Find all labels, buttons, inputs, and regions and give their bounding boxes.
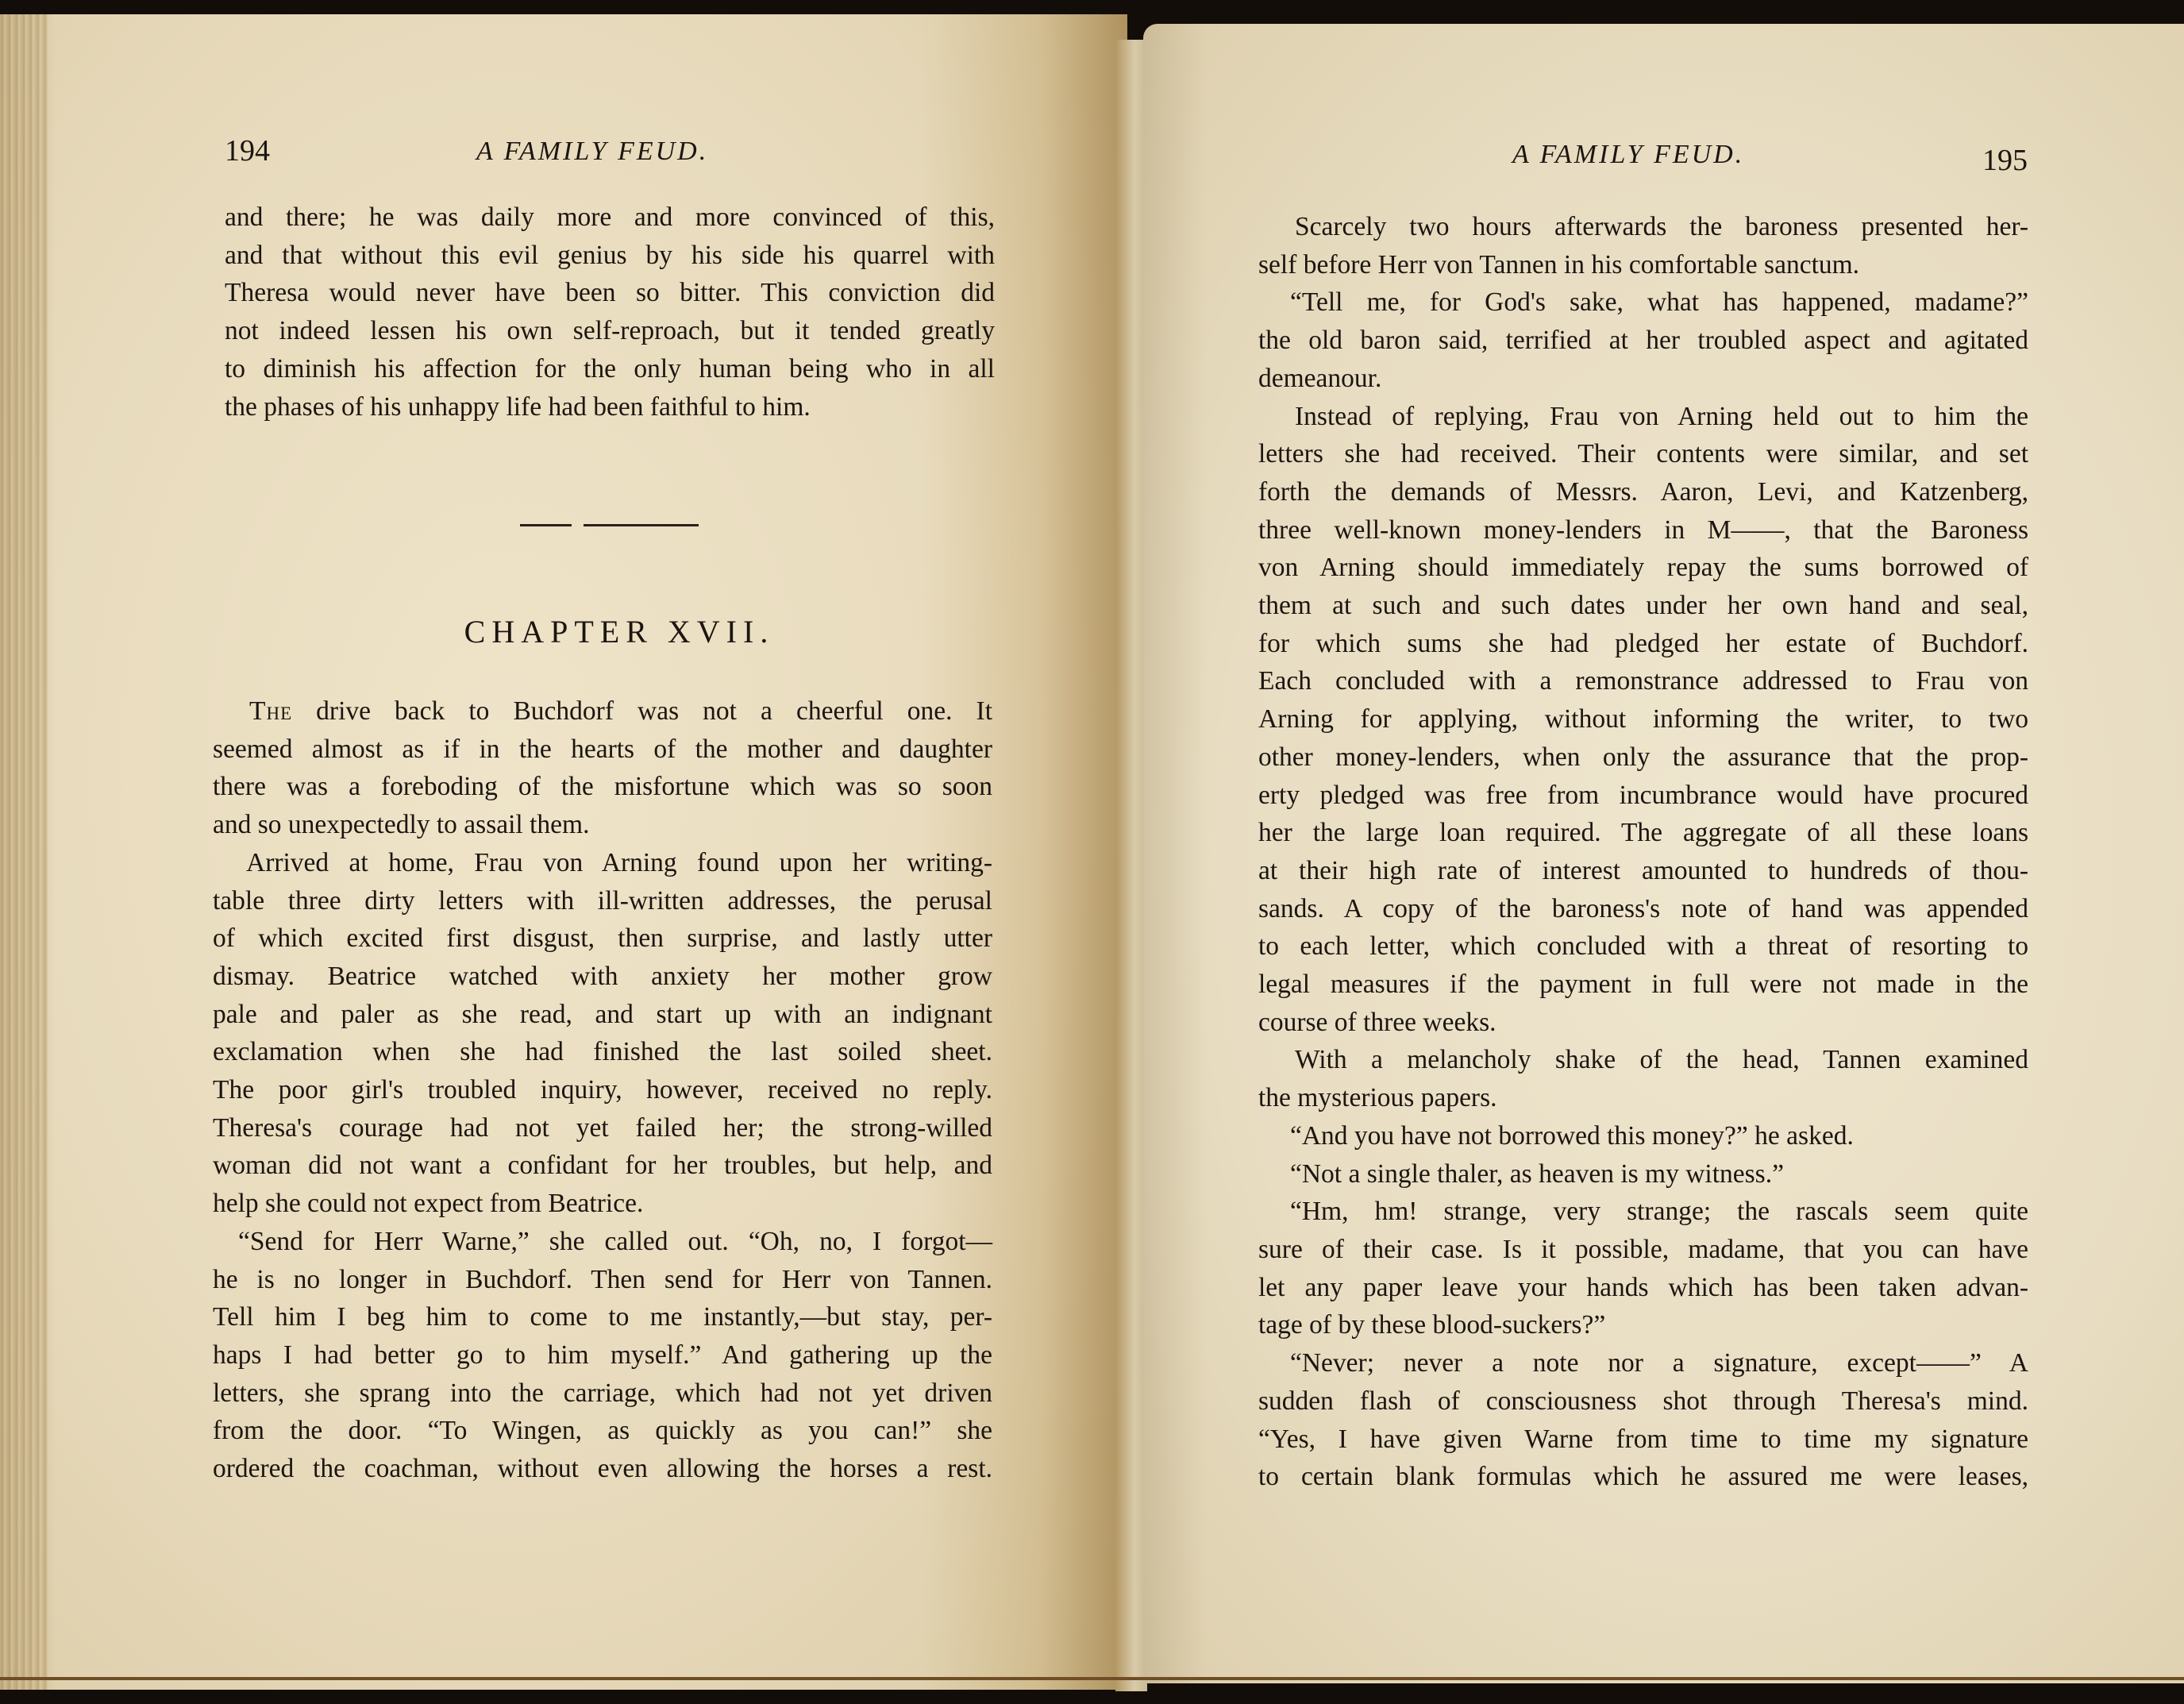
text-line: sure of their case. Is it possible, mada… <box>1258 1231 2028 1269</box>
text-line: and so unexpectedly to assail them. <box>213 806 992 844</box>
paragraph: “Hm, hm! strange, very strange; the rasc… <box>1258 1193 2028 1344</box>
paragraph: Arrived at home, Frau von Arning found u… <box>213 844 992 1223</box>
text-line: “Hm, hm! strange, very strange; the rasc… <box>1258 1193 2028 1231</box>
text-line: her the large loan required. The aggrega… <box>1258 814 2028 852</box>
text-line: The poor girl's troubled inquiry, howeve… <box>213 1071 992 1109</box>
chapter-opening-word: The <box>249 696 292 726</box>
text-line: “Tell me, for God's sake, what has happe… <box>1258 283 2028 322</box>
text-line: not indeed lessen his own self-reproach,… <box>225 312 995 350</box>
text-line: “Never; never a note nor a signature, ex… <box>1258 1344 2028 1382</box>
left-chapter-text: The drive back to Buchdorf was not a che… <box>213 692 992 1488</box>
right-page-text: Scarcely two hours afterwards the barone… <box>1258 208 2028 1496</box>
text-line: at their high rate of interest amounted … <box>1258 852 2028 890</box>
text-line: and there; he was daily more and more co… <box>225 199 995 237</box>
text-line: “And you have not borrowed this money?” … <box>1258 1117 2028 1155</box>
left-running-head: A FAMILY FEUD. <box>476 137 708 167</box>
book-gutter <box>1115 40 1147 1691</box>
text-line: he is no longer in Buchdorf. Then send f… <box>213 1261 992 1299</box>
text-line: erty pledged was free from incumbrance w… <box>1258 777 2028 815</box>
text-line: table three dirty letters with ill-writt… <box>213 882 992 920</box>
text-line: Theresa would never have been so bitter.… <box>225 274 995 312</box>
text-line: Arrived at home, Frau von Arning found u… <box>213 844 992 882</box>
text-line: three well-known money-lenders in M——, t… <box>1258 511 2028 549</box>
text-line: ordered the coachman, without even allow… <box>213 1450 992 1488</box>
text-line: “Not a single thaler, as heaven is my wi… <box>1258 1155 2028 1193</box>
text-line: von Arning should immediately repay the … <box>1258 549 2028 587</box>
paragraph: “And you have not borrowed this money?” … <box>1258 1117 2028 1155</box>
text-line: to diminish his affection for the only h… <box>225 350 995 388</box>
text-line: sudden flash of consciousness shot throu… <box>1258 1382 2028 1421</box>
text-line: for which sums she had pledged her estat… <box>1258 625 2028 663</box>
chapter-heading: CHAPTER XVII. <box>437 613 802 650</box>
text-line: “Yes, I have given Warne from time to ti… <box>1258 1421 2028 1459</box>
text-line: “Send for Herr Warne,” she called out. “… <box>213 1223 992 1261</box>
text-line: them at such and such dates under her ow… <box>1258 587 2028 625</box>
right-page-number: 195 <box>1982 143 2028 178</box>
text-line: sands. A copy of the baroness's note of … <box>1258 890 2028 928</box>
text-line: tage of by these blood-suckers?” <box>1258 1306 2028 1344</box>
right-running-head: A FAMILY FEUD. <box>1512 140 1744 170</box>
text-line: legal measures if the payment in full we… <box>1258 966 2028 1004</box>
left-page-number: 194 <box>225 133 270 168</box>
text-line: seemed almost as if in the hearts of the… <box>213 731 992 769</box>
text-line: course of three weeks. <box>1258 1004 2028 1042</box>
page-bottom-edge <box>0 1677 2184 1680</box>
text-line: Tell him I beg him to come to me instant… <box>213 1298 992 1336</box>
text-line: Arning for applying, without informing t… <box>1258 700 2028 738</box>
text-line: demeanour. <box>1258 360 2028 398</box>
text-line: Scarcely two hours afterwards the barone… <box>1258 208 2028 246</box>
text-line: Instead of replying, Frau von Arning hel… <box>1258 398 2028 436</box>
text-line: the old baron said, terrified at her tro… <box>1258 322 2028 360</box>
paragraph: With a melancholy shake of the head, Tan… <box>1258 1041 2028 1116</box>
paragraph: Instead of replying, Frau von Arning hel… <box>1258 398 2028 1042</box>
paragraph: “Send for Herr Warne,” she called out. “… <box>213 1223 992 1488</box>
paragraph: “Never; never a note nor a signature, ex… <box>1258 1344 2028 1496</box>
text-line: self before Herr von Tannen in his comfo… <box>1258 246 2028 284</box>
chapter-separator-rule-short <box>520 524 572 526</box>
text-line: haps I had better go to him myself.” And… <box>213 1336 992 1374</box>
text-line: and that without this evil genius by his… <box>225 237 995 275</box>
text-line: With a melancholy shake of the head, Tan… <box>1258 1041 2028 1079</box>
paragraph: The drive back to Buchdorf was not a che… <box>213 692 992 844</box>
text-line: there was a foreboding of the misfortune… <box>213 768 992 806</box>
text-line: let any paper leave your hands which has… <box>1258 1269 2028 1307</box>
text-line: other money-lenders, when only the assur… <box>1258 738 2028 777</box>
text-line: woman did not want a confidant for her t… <box>213 1147 992 1185</box>
text-line: letters she had received. Their contents… <box>1258 435 2028 473</box>
text-line: The drive back to Buchdorf was not a che… <box>213 692 992 731</box>
text-line: dismay. Beatrice watched with anxiety he… <box>213 958 992 996</box>
text-line: from the door. “To Wingen, as quickly as… <box>213 1412 992 1450</box>
chapter-separator-rule-long <box>584 524 699 526</box>
paragraph: Scarcely two hours afterwards the barone… <box>1258 208 2028 283</box>
text-line: the phases of his unhappy life had been … <box>225 388 995 426</box>
paragraph: “Tell me, for God's sake, what has happe… <box>1258 283 2028 397</box>
left-continuation-text: and there; he was daily more and more co… <box>225 199 995 426</box>
text-line: to certain blank formulas which he assur… <box>1258 1458 2028 1496</box>
text-line: help she could not expect from Beatrice. <box>213 1185 992 1223</box>
open-book-spread: 194 A FAMILY FEUD. and there; he was dai… <box>0 0 2184 1704</box>
text-line: of which excited first disgust, then sur… <box>213 919 992 958</box>
text-line: forth the demands of Messrs. Aaron, Levi… <box>1258 473 2028 511</box>
text-line: Each concluded with a remonstrance addre… <box>1258 662 2028 700</box>
text-line: the mysterious papers. <box>1258 1079 2028 1117</box>
text-line: pale and paler as she read, and start up… <box>213 996 992 1034</box>
paragraph: “Not a single thaler, as heaven is my wi… <box>1258 1155 2028 1193</box>
text-line: Theresa's courage had not yet failed her… <box>213 1109 992 1147</box>
text-line: to each letter, which concluded with a t… <box>1258 927 2028 966</box>
text-line: exclamation when she had finished the la… <box>213 1033 992 1071</box>
text-line: letters, she sprang into the carriage, w… <box>213 1374 992 1413</box>
